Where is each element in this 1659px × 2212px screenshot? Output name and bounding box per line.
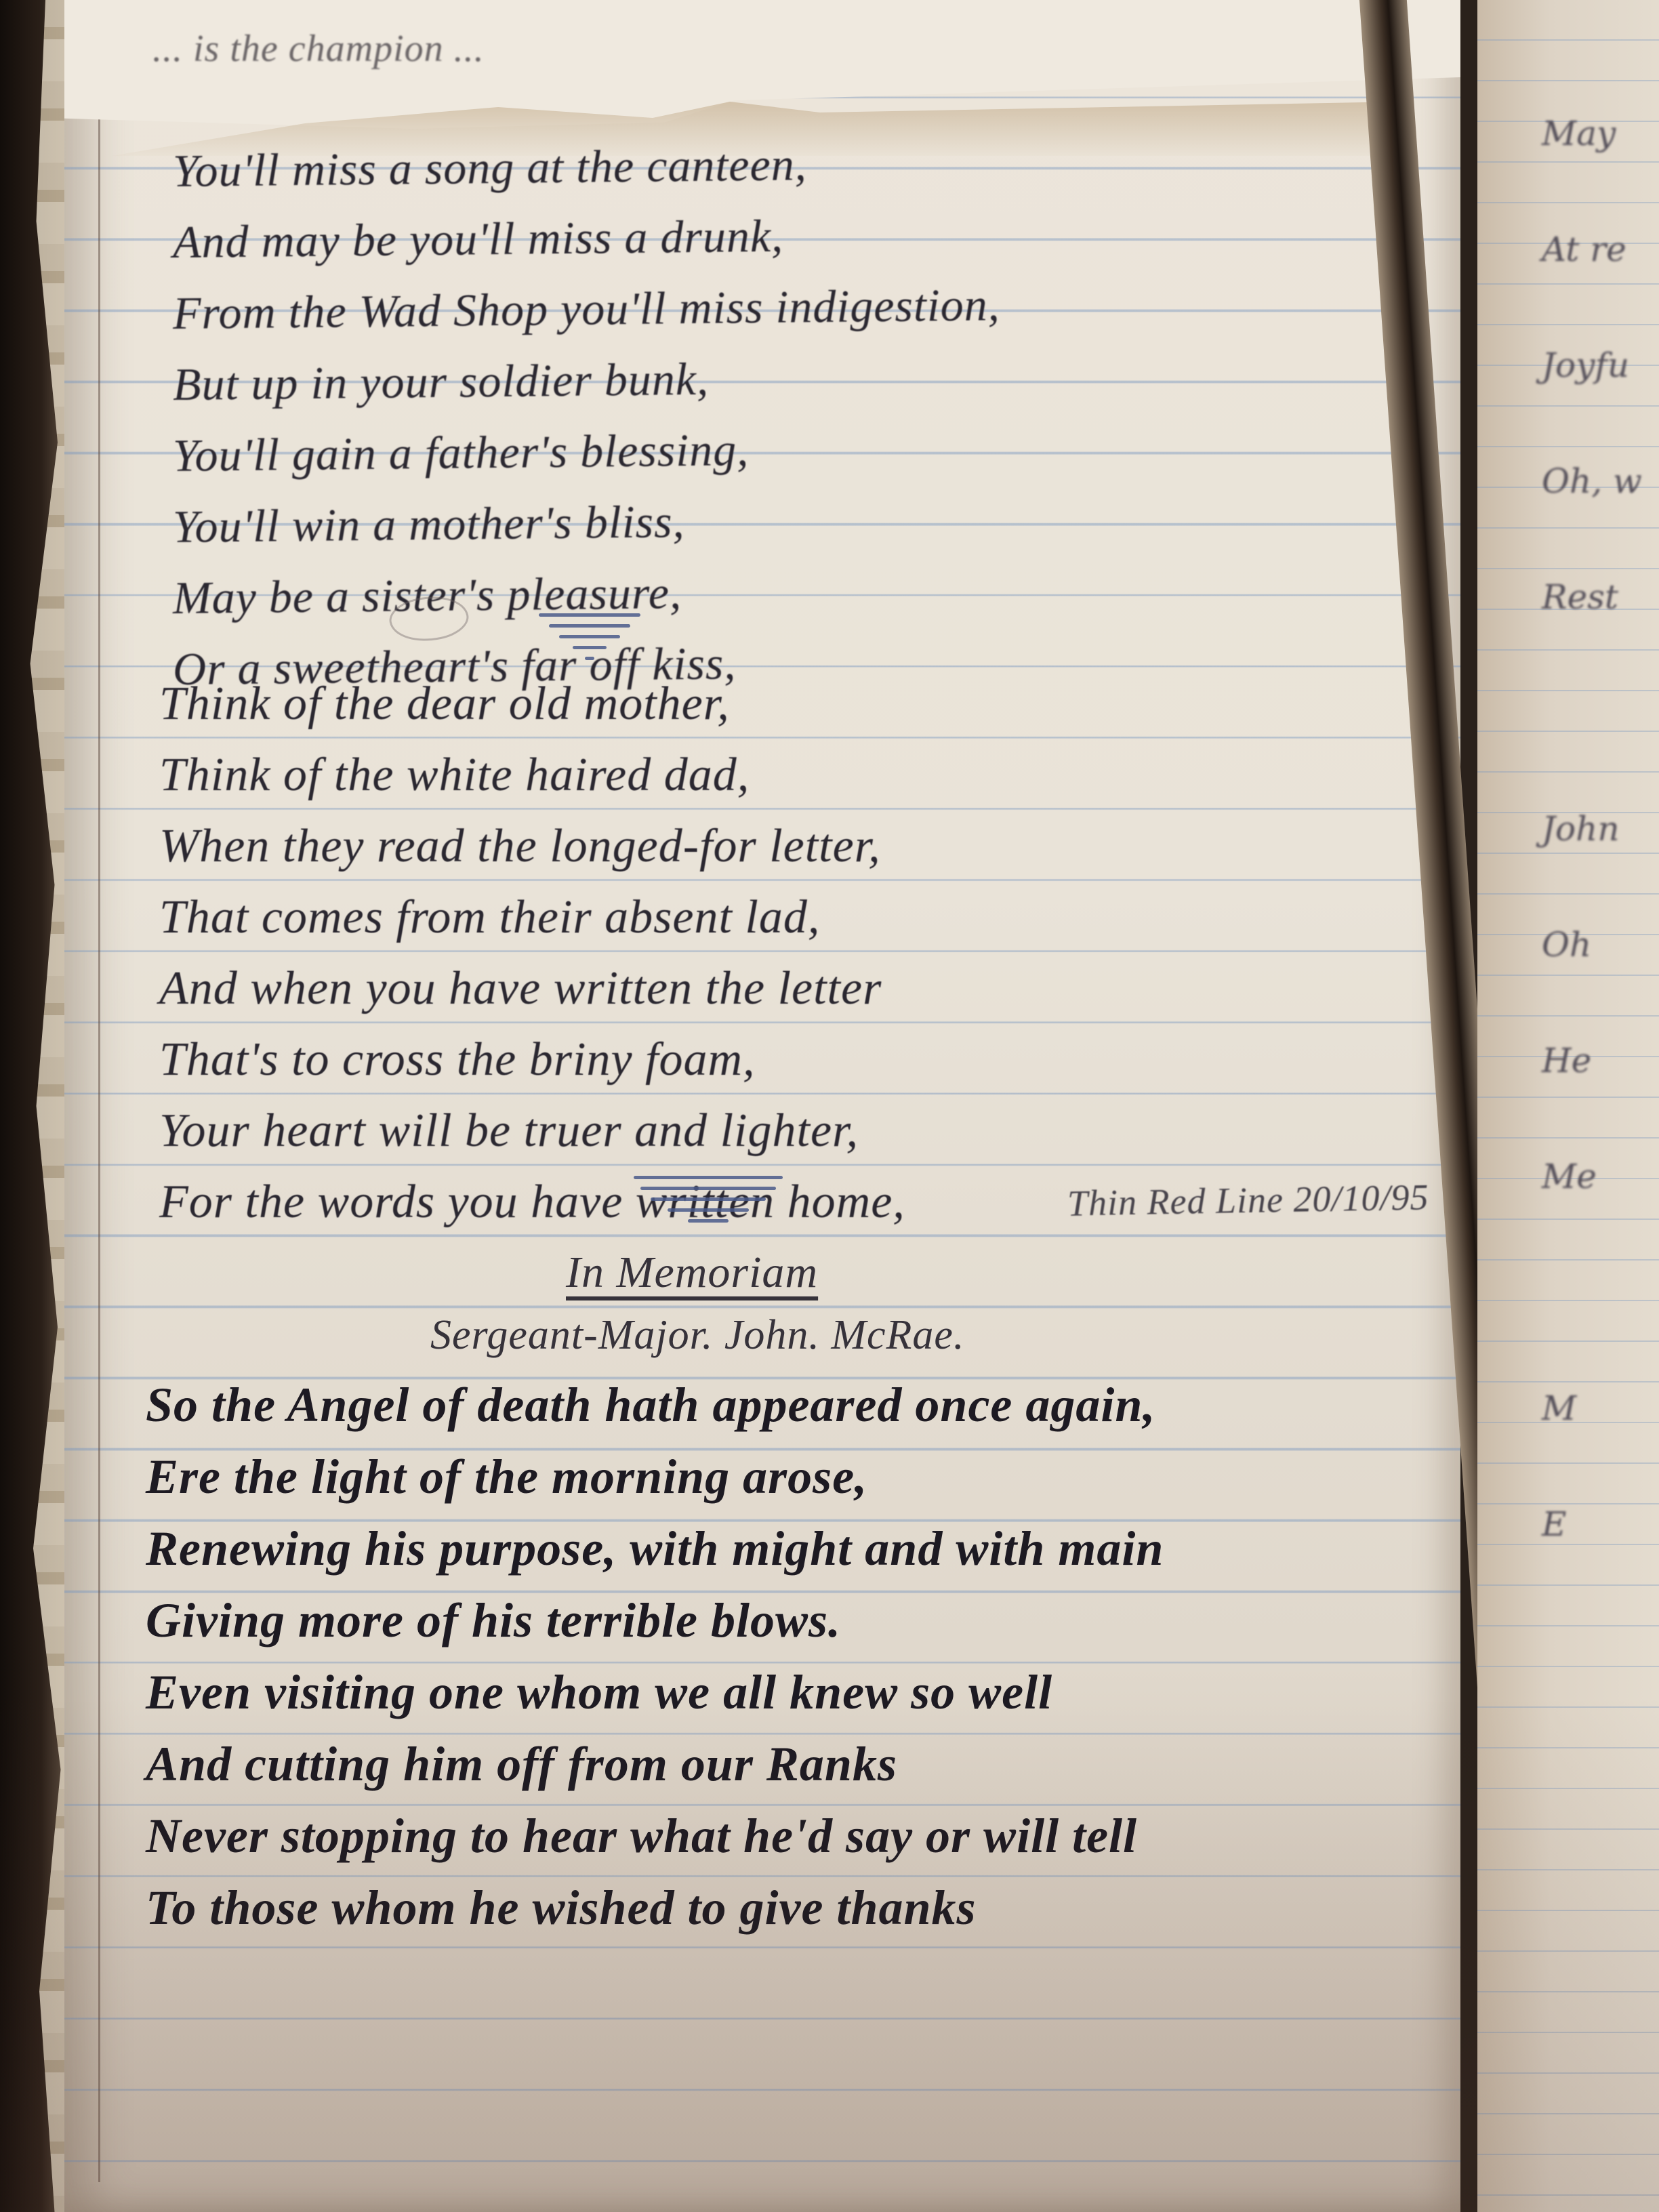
verse-line: So the Angel of death hath appeared once… <box>146 1369 1164 1441</box>
verse-line: You'll miss a song at the canteen, <box>172 127 1000 207</box>
facing-page: May At re Joyfu Oh, w Rest John Oh He Me… <box>1477 0 1659 2212</box>
memoriam-title: In Memoriam <box>566 1247 818 1298</box>
verse-line: Think of the dear old mother, <box>159 668 905 739</box>
verse-line: Think of the white haired dad, <box>159 739 905 810</box>
facing-fragment: Joyfu <box>1542 346 1642 385</box>
stanza-divider-flourish <box>532 613 647 668</box>
verse-line: And cutting him off from our Ranks <box>146 1728 1164 1800</box>
poem-two-verse: So the Angel of death hath appeared once… <box>146 1369 1164 1944</box>
verse-line: But up in your soldier bunk, <box>172 340 1000 420</box>
verse-line: Your heart will be truer and lighter, <box>159 1094 905 1166</box>
verse-line: When they read the longed-for letter, <box>159 810 905 881</box>
verse-line: That's to cross the briny foam, <box>159 1023 905 1094</box>
verse-line: Renewing his purpose, with might and wit… <box>146 1513 1164 1584</box>
facing-fragment: Oh <box>1542 926 1642 964</box>
verse-line: You'll gain a father's blessing, <box>172 411 1000 491</box>
facing-fragment: At re <box>1542 230 1642 269</box>
facing-fragment: Rest <box>1542 578 1642 617</box>
partial-top-line: ... is the champion ... <box>152 27 485 70</box>
verse-line: To those whom he wished to give thanks <box>146 1872 1164 1944</box>
verse-line: And when you have written the letter <box>159 952 905 1023</box>
facing-fragment: May <box>1542 115 1642 153</box>
poem-end-flourish <box>627 1176 790 1230</box>
facing-fragment: Me <box>1542 1158 1642 1196</box>
verse-line: You'll win a mother's bliss, <box>172 483 1000 562</box>
verse-line: Giving more of his terrible blows. <box>146 1584 1164 1656</box>
facing-fragment: John <box>1542 810 1642 848</box>
verse-line: And may be you'll miss a drunk, <box>172 198 1000 278</box>
notebook-page: ... is the champion ... You'll miss a so… <box>64 0 1460 2212</box>
verse-line: From the Wad Shop you'll miss indigestio… <box>172 269 1000 349</box>
poem-one-stanza-b: Think of the dear old mother, Think of t… <box>159 668 905 1237</box>
verse-line: Never stopping to hear what he'd say or … <box>146 1800 1164 1872</box>
memoriam-subtitle: Sergeant-Major. John. McRae. <box>430 1311 964 1359</box>
facing-fragment: Oh, w <box>1542 462 1642 501</box>
verse-line: Ere the light of the morning arose, <box>146 1441 1164 1513</box>
verse-line: For the words you have written home, <box>159 1166 905 1237</box>
margin-line <box>98 81 100 2182</box>
facing-fragment: M <box>1542 1389 1642 1428</box>
facing-page-text: May At re Joyfu Oh, w Rest John Oh He Me… <box>1542 37 1642 1621</box>
facing-fragment <box>1542 1273 1642 1312</box>
facing-fragment: E <box>1542 1505 1642 1544</box>
attribution-signoff: Thin Red Line 20/10/95 <box>1067 1176 1429 1224</box>
facing-fragment: He <box>1542 1042 1642 1080</box>
facing-fragment <box>1542 694 1642 733</box>
verse-line: That comes from their absent lad, <box>159 881 905 952</box>
verse-line: Even visiting one whom we all knew so we… <box>146 1656 1164 1728</box>
